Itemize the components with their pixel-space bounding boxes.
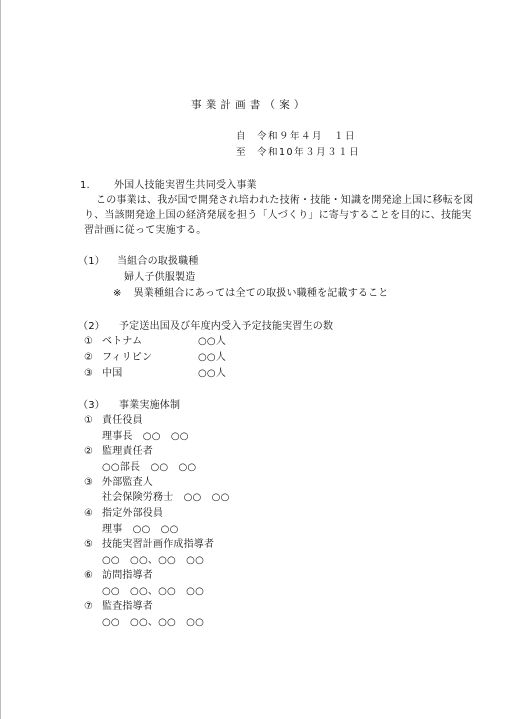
role-item: ④ 指定外部役員 (84, 508, 93, 520)
role-item: ② 監理責任者 (84, 446, 93, 458)
period-to-date: 令和10年３月３１日 (257, 147, 360, 158)
role-mark: ④ (84, 508, 93, 519)
role-names: ○○ ○○、○○ ○○ (102, 555, 204, 567)
role-names: ○○ ○○、○○ ○○ (102, 586, 204, 598)
section-1-title: 外国人技能実習生共同受入事業 (114, 180, 257, 191)
sub-2-number: （2） (78, 321, 105, 332)
section-1-body-line-2: り、当該開発途上国の経済発展を担う「人づくり」に寄与することを目的に、技能実 (84, 210, 472, 222)
role-item: ⑦ 監査指導者 (84, 601, 93, 613)
period-from-label: 自 (236, 131, 247, 142)
note-mark: ※ (113, 288, 122, 299)
sub-2-row: ② フィリピン ○○人 (84, 352, 93, 364)
period-from-date: 令和９年４月 １日 (257, 131, 356, 142)
role-title: 外部監査人 (102, 477, 153, 489)
role-mark: ① (84, 415, 93, 426)
row-count: ○○人 (198, 368, 226, 380)
row-mark: ① (84, 336, 93, 347)
row-count: ○○人 (198, 336, 226, 348)
row-mark: ③ (84, 368, 93, 379)
role-mark: ② (84, 446, 93, 457)
row-country: 中国 (102, 368, 122, 380)
role-title: 監査指導者 (102, 601, 153, 613)
sub-1-note-text: 異業種組合にあっては全ての取扱い職種を記載すること (134, 288, 389, 299)
row-count: ○○人 (198, 352, 226, 364)
sub-1-number: （1） (78, 256, 105, 267)
sub-1-heading: （1）当組合の取扱職種 (78, 256, 199, 268)
sub-2-heading: （2）予定送出国及び年度内受入予定技能実習生の数 (78, 321, 333, 333)
sub-3-number: （3） (78, 400, 105, 411)
role-item: ③ 外部監査人 (84, 477, 93, 489)
role-names: 理事長 ○○ ○○ (102, 431, 189, 443)
section-1-body-line-3: 習計画に従って実施する。 (84, 225, 206, 237)
sub-3-title: 事業実施体制 (119, 400, 180, 411)
role-title: 技能実習計画作成指導者 (102, 539, 214, 551)
role-names: 社会保険労務士 ○○ ○○ (102, 492, 230, 504)
row-mark: ② (84, 352, 93, 363)
role-names: ○○部長 ○○ ○○ (102, 462, 196, 474)
period-to-label: 至 (236, 147, 247, 158)
section-1-number: 1. (80, 180, 90, 191)
row-country: フィリピン (102, 352, 152, 364)
role-mark: ③ (84, 477, 93, 488)
sub-3-heading: （3）事業実施体制 (78, 400, 180, 412)
document-title: 事業計画書（案） (191, 99, 309, 111)
role-item: ⑤ 技能実習計画作成指導者 (84, 539, 93, 551)
role-title: 監理責任者 (102, 446, 153, 458)
role-title: 指定外部役員 (102, 508, 163, 520)
period-from: 自令和９年４月 １日 (236, 131, 356, 143)
sub-1-item: 婦人子供服製造 (124, 272, 195, 284)
role-names: 理事 ○○ ○○ (102, 524, 179, 536)
sub-1-note: ※異業種組合にあっては全ての取扱い職種を記載すること (113, 288, 389, 300)
section-1-body-line-1: この事業は、我が国で開発され培われた技術・技能・知識を開発途上国に移転を図 (96, 195, 473, 207)
sub-2-title: 予定送出国及び年度内受入予定技能実習生の数 (119, 321, 333, 332)
role-title: 訪問指導者 (102, 570, 153, 582)
section-1-heading: 1.外国人技能実習生共同受入事業 (80, 180, 257, 192)
role-item: ⑥ 訪問指導者 (84, 570, 93, 582)
role-mark: ⑤ (84, 539, 93, 550)
role-mark: ⑥ (84, 570, 93, 581)
sub-1-title: 当組合の取扱職種 (117, 256, 199, 267)
role-item: ① 責任役員 (84, 415, 93, 427)
row-country: ベトナム (102, 336, 142, 348)
sub-2-row: ③ 中国 ○○人 (84, 368, 93, 380)
role-title: 責任役員 (102, 415, 143, 427)
page-left-border (0, 0, 1, 719)
role-mark: ⑦ (84, 601, 93, 612)
role-names: ○○ ○○、○○ ○○ (102, 617, 204, 629)
period-to: 至令和10年３月３１日 (236, 147, 360, 159)
sub-2-row: ① ベトナム ○○人 (84, 336, 93, 348)
